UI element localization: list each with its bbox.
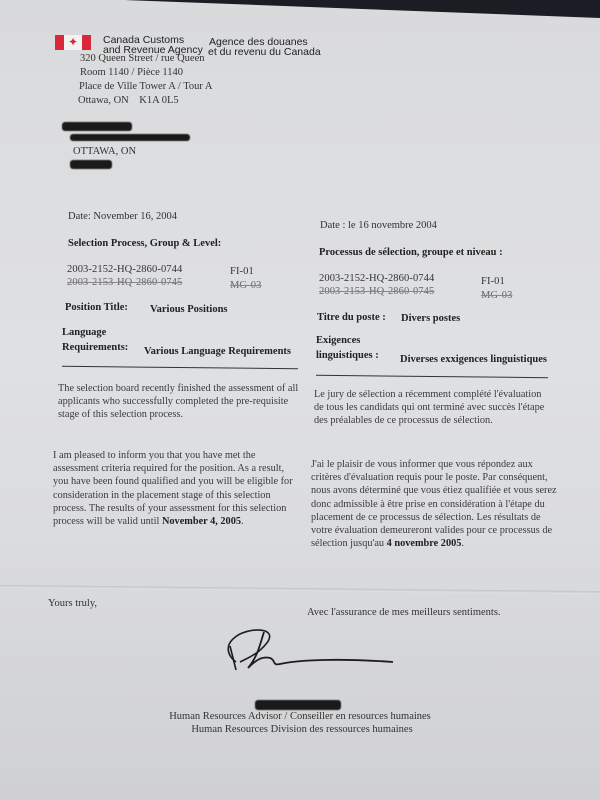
valid-until-date-en: November 4, 2005 (162, 516, 241, 527)
closing-fr: Avec l'assurance de mes meilleurs sentim… (307, 607, 501, 618)
recipient-city: OTTAWA, ON (73, 145, 136, 159)
redacted-recipient-street (70, 134, 190, 141)
language-label-en-2: Requirements: (62, 342, 128, 353)
canada-flag-icon: ✦ (55, 35, 91, 50)
language-label-fr-1: Exigences (316, 335, 360, 346)
redacted-recipient-name (62, 122, 132, 131)
redacted-signer-name (255, 700, 341, 710)
language-value-fr: Diverses exxigences linguistiques (400, 354, 547, 365)
process-number-fr-1: 2003-2152-HQ-2860-0744 (319, 273, 434, 284)
date-fr: Date : le 16 novembre 2004 (320, 220, 437, 231)
paragraph-1-fr: Le jury de sélection a récemment complét… (314, 388, 550, 428)
agency-name-fr-line2: et du revenu du Canada (208, 47, 321, 58)
address-line-4: Ottawa, ON K1A 0L5 (78, 94, 179, 108)
position-title-label-en: Position Title: (65, 302, 128, 313)
signer-title: Human Resources Advisor / Conseiller en … (150, 711, 450, 722)
paragraph-1-en: The selection board recently finished th… (58, 382, 300, 422)
address-line-1: 320 Queen Street / rue Queen (80, 52, 205, 66)
paragraph-2-en: I am pleased to inform you that you have… (53, 449, 301, 528)
process-number-en-1: 2003-2152-HQ-2860-0744 (67, 264, 182, 275)
maple-leaf-icon: ✦ (64, 35, 82, 50)
language-label-fr-2: linguistiques : (316, 350, 379, 361)
valid-until-date-fr: 4 novembre 2005 (387, 538, 462, 549)
paragraph-2-fr: J'ai le plaisir de vous informer que vou… (311, 458, 561, 550)
handwritten-signature (218, 622, 398, 672)
position-title-value-en: Various Positions (150, 304, 228, 315)
address-line-2: Room 1140 / Pièce 1140 (80, 66, 183, 80)
process-level-fr-1: FI-01 (481, 276, 505, 287)
redacted-postal-code (70, 160, 112, 169)
process-level-fr-2: MG-03 (481, 290, 512, 301)
selection-heading-fr: Processus de sélection, groupe et niveau… (319, 247, 503, 258)
language-value-en: Various Language Requirements (144, 346, 291, 357)
signer-division: Human Resources Division des ressources … (152, 724, 452, 735)
position-title-label-fr: Titre du poste : (317, 312, 386, 323)
language-label-en-1: Language (62, 327, 106, 338)
closing-en: Yours truly, (48, 598, 97, 609)
date-en: Date: November 16, 2004 (68, 211, 177, 222)
address-line-3: Place de Ville Tower A / Tour A (79, 80, 213, 94)
process-level-en-1: FI-01 (230, 266, 254, 277)
selection-heading-en: Selection Process, Group & Level: (68, 238, 221, 249)
process-number-fr-2: 2003-2153-HQ-2860-0745 (319, 286, 434, 297)
position-title-value-fr: Divers postes (401, 313, 460, 324)
process-number-en-2: 2003-2153-HQ-2860-0745 (67, 277, 182, 288)
process-level-en-2: MG-03 (230, 280, 261, 291)
